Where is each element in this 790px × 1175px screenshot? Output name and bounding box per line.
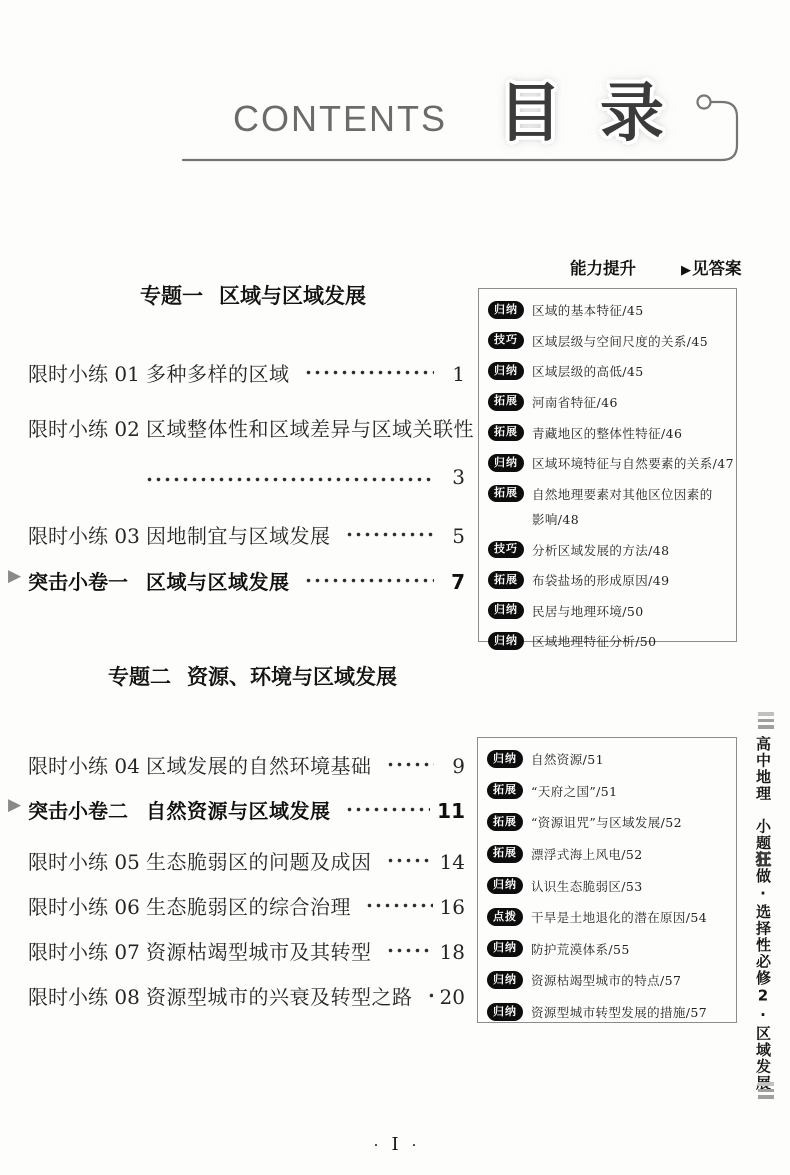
ability-item-text: 区域地理特征分析/50 [532,632,657,651]
ability-item: 归纳 资源枯竭型城市的特点/57 [487,971,731,990]
footer-right-dot: · [412,1136,417,1154]
ability-item-text: 布袋盐场的形成原因/49 [532,571,669,590]
toc-row-practice-07: 限时小练 07 资源枯竭型城市及其转型 18 [28,936,465,962]
toc-row-practice-01: 限时小练 01 多种多样的区域 1 [28,358,465,384]
leader-dots [384,939,433,959]
row-label: 限时小练 05 [28,846,146,875]
footer-left-dot: · [374,1136,379,1154]
ability-item-text: 河南省特征/46 [532,393,618,412]
toc-page: CONTENTS 目录 能力提升 ▶见答案 专题一区域与区域发展 限时小练 01… [0,0,790,1175]
row-page-number: 14 [440,850,465,874]
spine-special-char: 狂 [754,852,772,869]
ability-item-text: 区域层级与空间尺度的关系/45 [532,332,708,351]
ability-item-text: 区域环境特征与自然要素的关系/47 [532,454,734,473]
footer-roman-numeral: Ⅰ [391,1134,398,1155]
ability-item-text: 青藏地区的整体性特征/46 [532,424,682,443]
leader-dots [302,361,435,381]
row-page-number: 5 [441,524,465,548]
section-1-prefix: 专题一 [140,284,203,308]
row-page-number: 16 [440,895,465,919]
ability-item: 拓展 自然地理要素对其他区位因素的影响/48 [488,485,731,529]
row-label: 限时小练 04 [28,750,146,779]
tag-badge: 归纳 [488,454,524,472]
row-title: 区域与区域发展 [146,566,290,595]
see-answers-label: ▶见答案 [681,255,742,279]
tag-badge: 技巧 [488,541,524,559]
tag-badge: 拓展 [488,424,524,442]
toc-row-practice-03: 限时小练 03 因地制宜与区域发展 5 [28,520,465,546]
title-char-lu: 录 [600,77,664,151]
tag-badge: 归纳 [487,971,523,989]
tag-badge: 归纳 [487,877,523,895]
ability-box-section-2: 归纳 自然资源/51 拓展 “天府之国”/51 拓展 “资源诅咒”与区域发展/5… [477,737,737,1023]
title-char-mu: 目 [498,77,562,151]
section-2-heading: 专题二资源、环境与区域发展 [108,661,397,691]
ability-item-text: 资源型城市转型发展的措施/57 [531,1003,707,1022]
ability-item: 技巧 区域层级与空间尺度的关系/45 [488,332,731,351]
ability-item: 拓展 “天府之国”/51 [487,782,731,801]
leader-dots [143,468,434,488]
ability-item: 归纳 区域层级的高低/45 [488,362,731,381]
row-page-number: 1 [441,362,465,386]
tag-badge: 拓展 [487,782,523,800]
row-page-number: 7 [441,570,465,594]
ability-item-text: 漂浮式海上风电/52 [531,845,643,864]
leader-dots [363,894,433,914]
ability-item-text: 自然地理要素对其他区位因素的影响/48 [532,485,713,529]
tag-badge: 技巧 [488,332,524,350]
assault-triangle-icon: ▶ [8,795,28,815]
tag-badge: 拓展 [488,393,524,411]
ability-item: 归纳 民居与地理环境/50 [488,602,731,621]
row-label: 突击小卷二 [28,795,146,824]
ability-item-text: 区域层级的高低/45 [532,362,644,381]
spine-bars-icon [758,1082,774,1099]
toc-row-practice-06: 限时小练 06 生态脆弱区的综合治理 16 [28,891,465,917]
ability-item: 归纳 区域地理特征分析/50 [488,632,731,651]
ability-item-text: 干旱是土地退化的潜在原因/54 [531,908,707,927]
tag-badge: 拓展 [488,571,524,589]
tag-badge: 归纳 [488,632,524,650]
ability-item: 技巧 分析区域发展的方法/48 [488,541,731,560]
ability-boost-label: 能力提升 [570,255,636,279]
section-2-title: 资源、环境与区域发展 [187,665,397,689]
tag-badge: 拓展 [487,845,523,863]
spine-series-title: 高中地理 小题狂做·选择性必修2·区域发展 [753,736,774,1081]
toc-row-practice-05: 限时小练 05 生态脆弱区的问题及成因 14 [28,846,465,872]
row-label: 突击小卷一 [28,566,146,595]
ability-item-text: 资源枯竭型城市的特点/57 [531,971,681,990]
section-2-prefix: 专题二 [108,665,171,689]
section-1-title: 区域与区域发展 [219,284,366,308]
contents-chinese-title: 目录 [498,62,664,154]
ability-item-text: 区域的基本特征/45 [532,301,644,320]
ability-item: 拓展 布袋盐场的形成原因/49 [488,571,731,590]
section-1-heading: 专题一区域与区域发展 [140,280,366,310]
ability-item-text: 认识生态脆弱区/53 [531,877,643,896]
header-ring-icon [698,96,711,109]
tag-badge: 点拨 [487,908,523,926]
ability-item-text: “资源诅咒”与区域发展/52 [531,813,682,832]
row-page-number: 3 [441,465,465,489]
leader-dots [343,798,431,818]
row-label: 限时小练 01 [28,358,146,387]
row-title: 生态脆弱区的问题及成因 [146,846,372,875]
tag-badge: 拓展 [488,485,524,503]
ability-item-text: 分析区域发展的方法/48 [532,541,669,560]
row-label: 限时小练 07 [28,936,146,965]
tag-badge: 归纳 [487,1003,523,1021]
row-title: 多种多样的区域 [146,358,290,387]
tag-badge: 归纳 [488,301,524,319]
row-label: 限时小练 02 [28,413,146,442]
leader-dots [384,849,433,869]
ability-item: 归纳 防护荒漠体系/55 [487,940,731,959]
ability-item: 拓展 河南省特征/46 [488,393,731,412]
row-title: 资源型城市的兴衰及转型之路 [146,981,413,1010]
ability-item: 归纳 资源型城市转型发展的措施/57 [487,1003,731,1022]
toc-row-practice-02: 限时小练 02 区域整体性和区域差异与区域关联性 [28,413,465,439]
ability-item: 拓展 漂浮式海上风电/52 [487,845,731,864]
toc-row-practice-02-continuation: 3 [131,465,465,491]
row-title: 自然资源与区域发展 [146,795,331,824]
ability-item-text: “天府之国”/51 [531,782,618,801]
leader-dots [384,753,435,773]
toc-row-assault-1: 突击小卷一 区域与区域发展 7 [28,566,465,592]
leader-dots [343,523,435,543]
row-title: 区域发展的自然环境基础 [146,750,372,779]
ability-item-text-line2: 影响/48 [532,511,713,529]
row-label: 限时小练 08 [28,981,146,1010]
row-page-number: 18 [440,940,465,964]
row-page-number: 11 [437,799,465,823]
ability-item: 归纳 自然资源/51 [487,750,731,769]
answer-arrow-icon: ▶ [681,263,691,278]
toc-row-assault-2: 突击小卷二 自然资源与区域发展 11 [28,795,465,821]
ability-item: 归纳 认识生态脆弱区/53 [487,877,731,896]
row-title: 资源枯竭型城市及其转型 [146,936,372,965]
row-page-number: 9 [441,754,465,778]
contents-english-title: CONTENTS [233,98,447,140]
ability-item: 归纳 区域环境特征与自然要素的关系/47 [488,454,731,473]
row-title: 生态脆弱区的综合治理 [146,891,351,920]
row-title: 区域整体性和区域差异与区域关联性 [146,413,474,442]
row-label: 限时小练 03 [28,520,146,549]
ability-box-section-1: 归纳 区域的基本特征/45 技巧 区域层级与空间尺度的关系/45 归纳 区域层级… [478,288,737,642]
tag-badge: 归纳 [487,940,523,958]
leader-dots [302,569,435,589]
tag-badge: 归纳 [488,602,524,620]
assault-triangle-icon: ▶ [8,566,28,586]
tag-badge: 拓展 [487,813,523,831]
spine-bars-icon [758,712,774,729]
ability-item-text: 自然资源/51 [531,750,604,769]
toc-row-practice-08: 限时小练 08 资源型城市的兴衰及转型之路 20 [28,981,465,1007]
ability-item: 拓展 青藏地区的整体性特征/46 [488,424,731,443]
row-label: 限时小练 06 [28,891,146,920]
tag-badge: 归纳 [488,362,524,380]
ability-item: 点拨 干旱是土地退化的潜在原因/54 [487,908,731,927]
page-number-footer: · Ⅰ · [0,1134,790,1155]
ability-item: 拓展 “资源诅咒”与区域发展/52 [487,813,731,832]
ability-item-text: 防护荒漠体系/55 [531,940,630,959]
row-page-number: 20 [440,985,465,1009]
ability-item: 归纳 区域的基本特征/45 [488,301,731,320]
tag-badge: 归纳 [487,750,523,768]
row-title: 因地制宜与区域发展 [146,520,331,549]
leader-dots [425,984,433,1004]
ability-item-text: 民居与地理环境/50 [532,602,644,621]
toc-row-practice-04: 限时小练 04 区域发展的自然环境基础 9 [28,750,465,776]
